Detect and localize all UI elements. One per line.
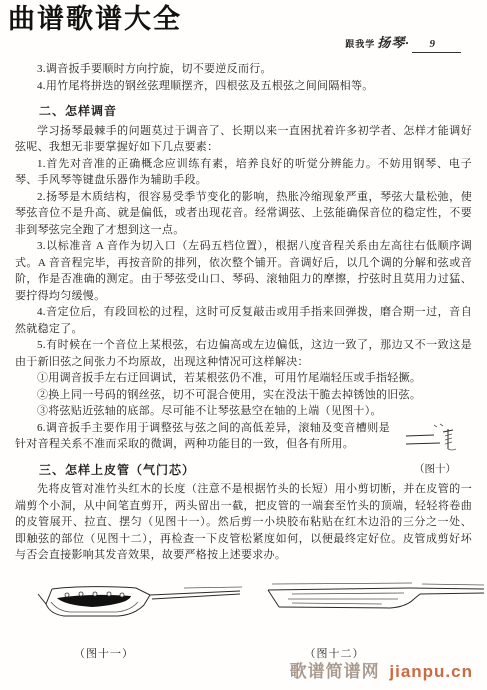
figure-10: （图十）	[398, 422, 472, 479]
figure-11-caption: （图十一）	[34, 645, 244, 661]
paragraph: ③将弦贴近弦轴的底部。尽可能不让琴弦悬空在轴的上端（见图十）。	[15, 403, 472, 420]
header-series-label: 跟我学	[345, 39, 375, 49]
header-page-number: 9	[412, 38, 462, 53]
figure-12: （图十二）	[262, 580, 487, 661]
scanned-document-page: 曲谱歌谱大全 跟我学扬琴·9 3.调音扳手要顺时方向拧旋，切不要逆反而行。 4.…	[0, 0, 487, 690]
watermark: 歌谱简谱网 jianpu.cn	[290, 657, 473, 682]
page-header: 跟我学扬琴·9	[0, 36, 487, 53]
watermark-site-name: 歌谱简谱网	[290, 662, 380, 681]
mallet-head-with-tube-sketch	[34, 580, 244, 630]
paragraph: 1.首先对音准的正确概念应训练有素，培养良好的听觉分辨能力。不妨用钢琴、电子琴、…	[15, 156, 472, 189]
section-heading-tuning: 二、怎样调音	[15, 103, 472, 120]
paragraph: 2.扬琴是木质结构，很容易受季节变化的影响，热胀冷缩现象严重，琴弦大量松弛，使琴…	[15, 189, 472, 239]
paragraph: 4.音定位后，有段回松的过程，这时可反复敲击或用手指来回弹拨，磨合期一过，音自然…	[15, 304, 472, 337]
figure-10-caption: （图十）	[398, 462, 472, 479]
paragraph: ①用调音扳手左右迂回调试，若某根弦仍不准，可用竹尾端轻压或手指轻撅。	[15, 370, 472, 387]
paragraph: ②换上同一号码的钢丝弦，切不可混合使用，实在没法干脆去掉锈蚀的旧弦。	[15, 387, 472, 404]
paragraph: 学习扬琴最棘手的问题莫过于调音了、长期以来一直困扰着许多初学者、怎样才能调好弦呢…	[15, 123, 472, 156]
paragraph: 5.有时候在一个音位上某根弦，右边偏高或左边偏低，这边一致了，那边又不一致这是由…	[15, 337, 472, 370]
figure-11: （图十一）	[34, 580, 244, 661]
document-body: 3.调音扳手要顺时方向拧旋，切不要逆反而行。 4.用竹尾将拼迭的钢丝弦理顺摆齐，…	[0, 53, 487, 564]
string-axle-sketch	[404, 422, 466, 456]
paragraph: 4.用竹尾将拼迭的钢丝弦理顺摆齐，四根弦及五根弦之间间隔相等。	[15, 78, 472, 95]
header-book-title: 扬琴·	[375, 35, 409, 50]
paragraph: 先将皮管对准竹头红木的长度（注意不是根据竹头的长短）用小剪切断，并在皮管的一端剪…	[15, 481, 472, 564]
figures-row: （图十一） （图十二）	[0, 564, 487, 661]
paragraph: 3.调音扳手要顺时方向拧旋，切不要逆反而行。	[15, 61, 472, 78]
paragraph: 3.以标准音 A 音作为切入口（左码五档位置），根据八度音程关系由左高往右低顺序…	[15, 238, 472, 304]
watermark-site-url: jianpu.cn	[385, 662, 473, 681]
mallet-head-with-tape-sketch	[262, 580, 487, 630]
page-title: 曲谱歌谱大全	[0, 0, 487, 35]
